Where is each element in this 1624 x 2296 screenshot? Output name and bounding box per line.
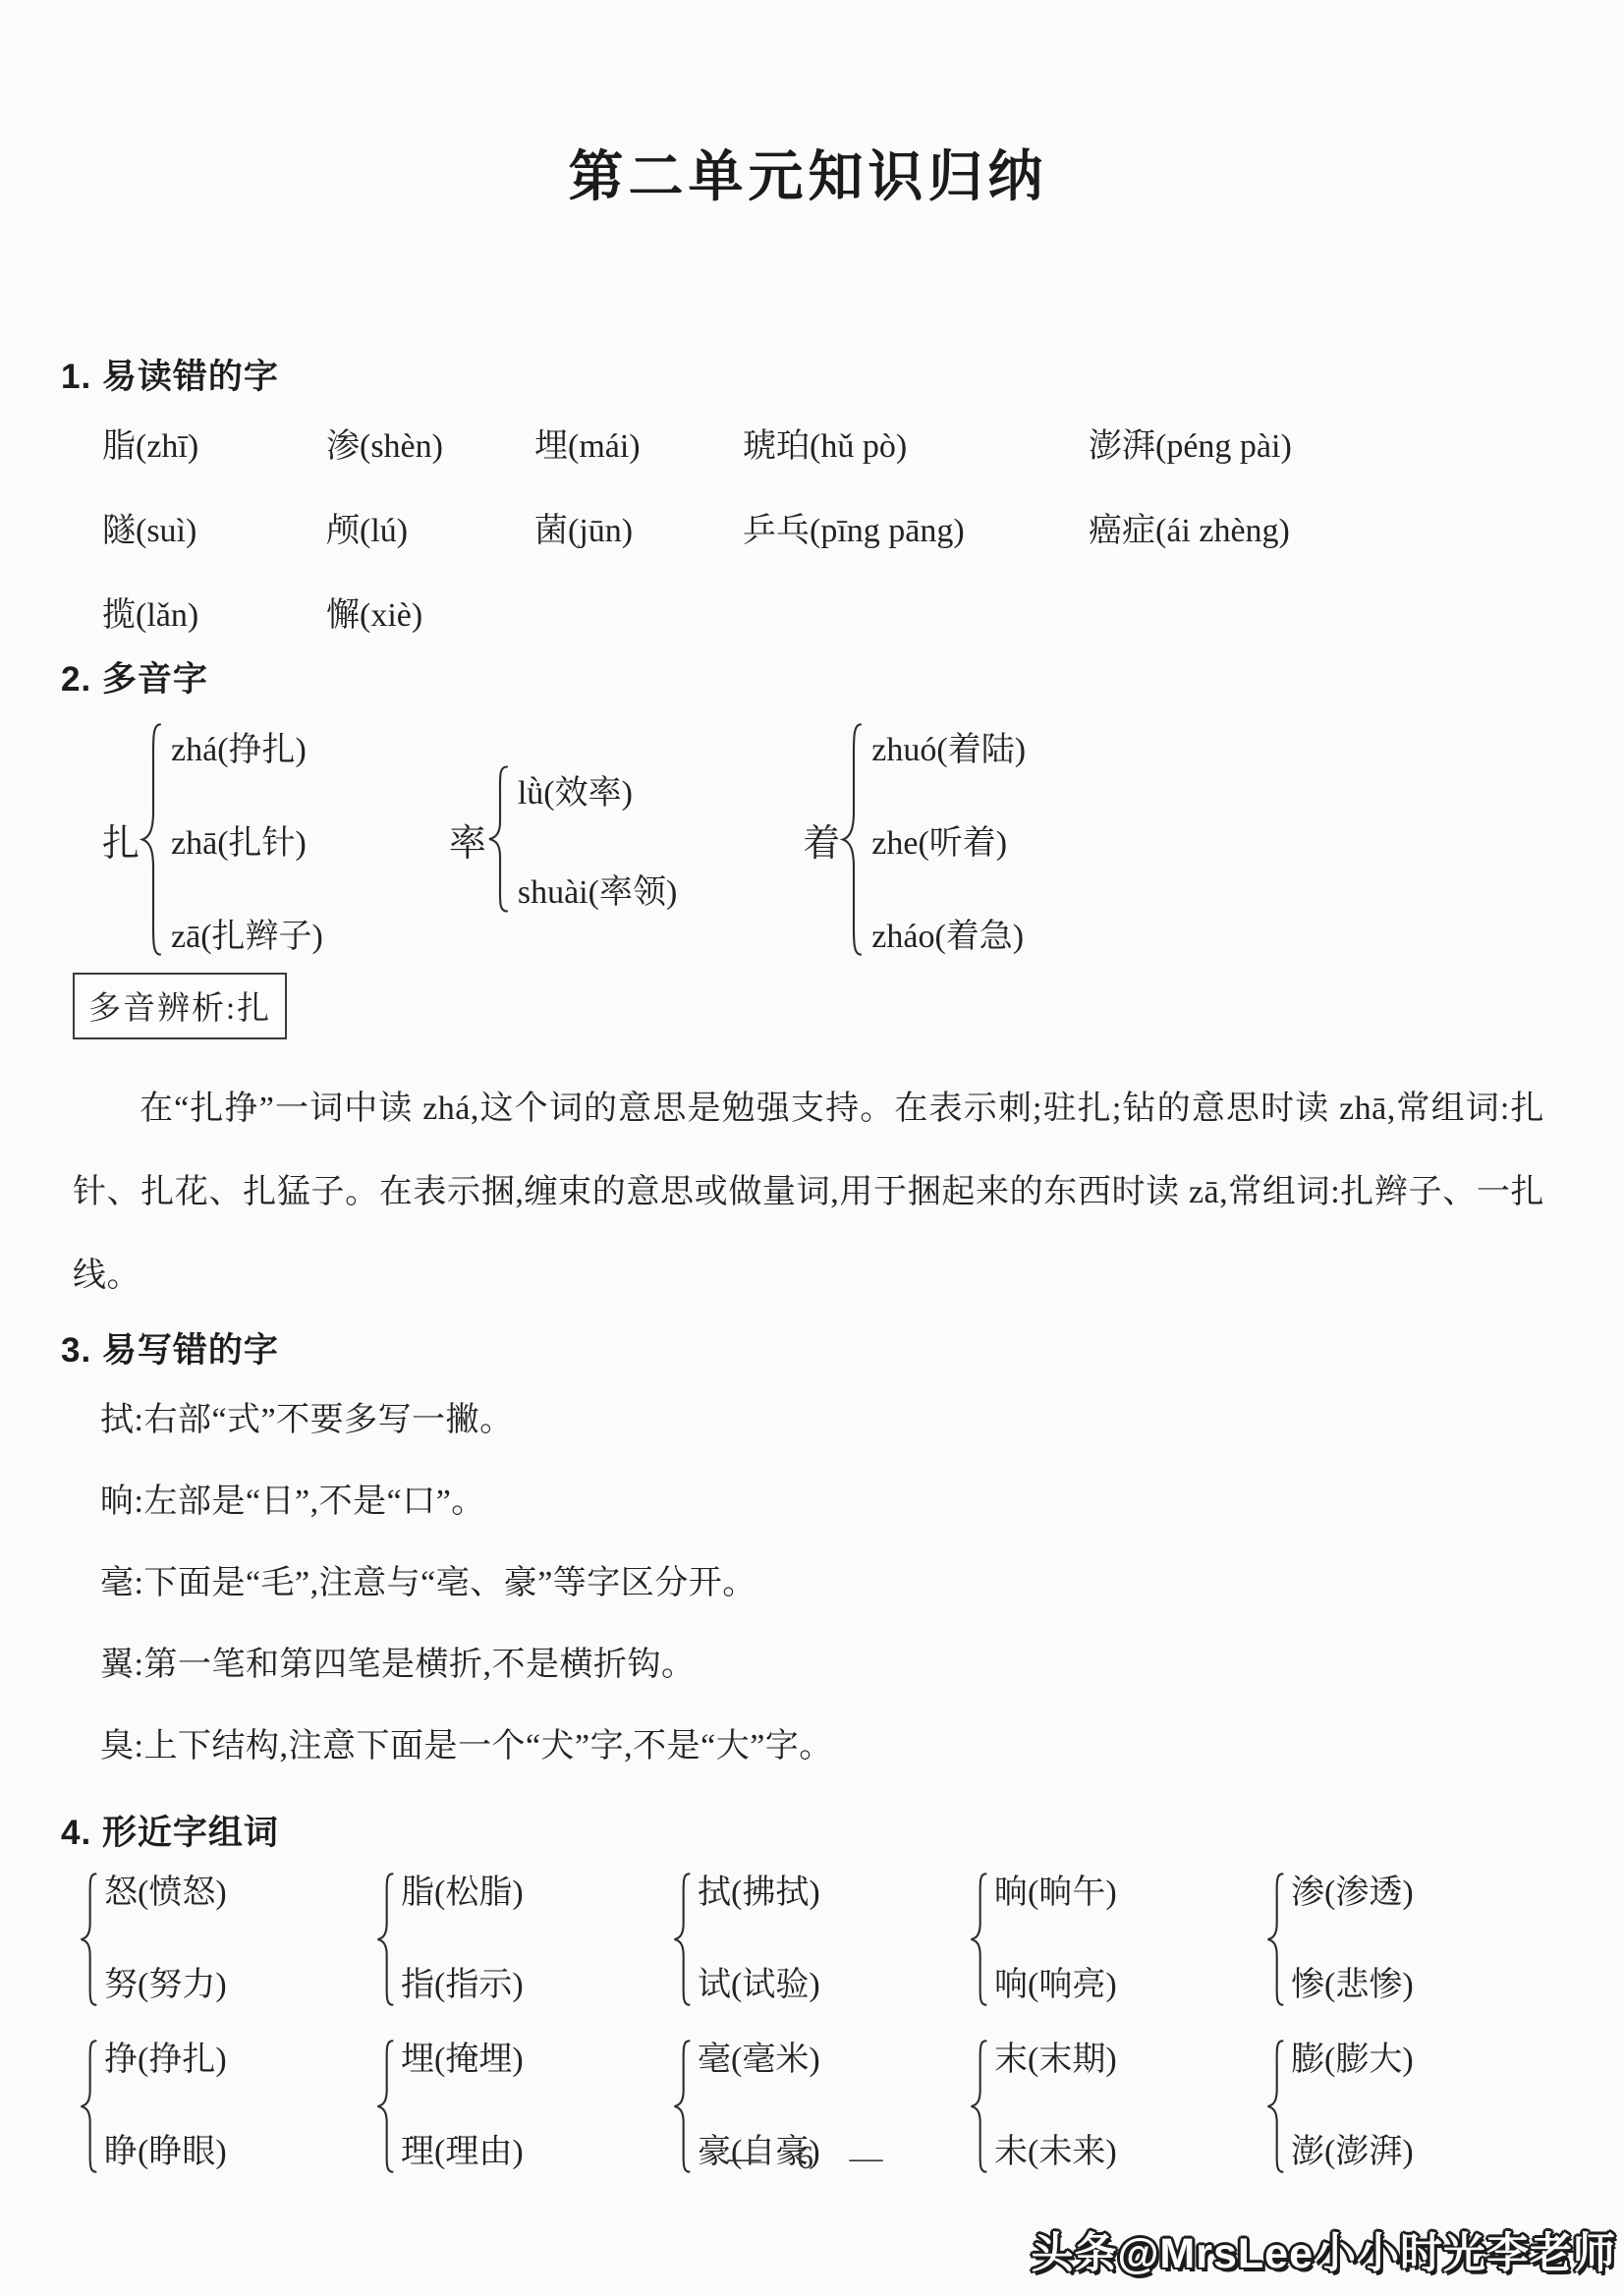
misread-item: 懈(xiè) <box>326 593 534 639</box>
left-brace <box>375 1873 395 2006</box>
document-page: 第二单元知识归纳 1. 易读错的字 脂(zhī) 渗(shèn) 埋(mái) … <box>0 0 1624 2296</box>
pair-word: 努(努力) <box>104 1965 227 2006</box>
lookalike-pair: 渗(渗透) 惨(悲惨) <box>1265 1873 1562 2006</box>
lookalike-pair: 怒(愤怒) 努(努力) <box>79 1873 375 2006</box>
pair-word: 指(指示) <box>401 1965 524 2006</box>
analysis-box-label: 多音辨析:扎 <box>73 973 287 1039</box>
polyphonic-groups: 扎 zhá(挣扎) zhā(扎针) zā(扎辫子) 率 lǜ(效率) shuài… <box>102 727 1555 951</box>
lookalike-pairs-grid: 怒(愤怒) 努(努力) 脂(松脂) 指(指示) 拭(拂拭) 试(试验) 晌(晌午… <box>79 1873 1562 2173</box>
page-number: — 6 — <box>0 2140 1624 2177</box>
pair-word: 毫(毫米) <box>698 2040 820 2081</box>
misread-item: 癌症(ái zhèng) <box>1089 509 1555 554</box>
miswritten-tips-list: 拭:右部“式”不要多写一撇。 晌:左部是“日”,不是“口”。 毫:下面是“毛”,… <box>100 1396 1555 1804</box>
poly-reading: shuài(率领) <box>518 865 677 913</box>
pair-word: 埋(掩埋) <box>401 2040 524 2081</box>
poly-base-char: 着 <box>803 812 840 867</box>
section-heading-polyphonic: 2. 多音字 <box>61 652 1555 701</box>
poly-reading: zhe(听着) <box>871 815 1026 864</box>
miswritten-tip: 拭:右部“式”不要多写一撇。 <box>100 1396 1555 1478</box>
poly-reading: zhuó(着陆) <box>871 722 1026 770</box>
misread-item: 脂(zhī) <box>102 424 326 470</box>
left-brace <box>140 722 163 957</box>
poly-base-char: 扎 <box>102 812 140 867</box>
left-brace <box>672 1873 692 2006</box>
misread-characters-list: 脂(zhī) 渗(shèn) 埋(mái) 琥珀(hǔ pò) 澎湃(péng … <box>102 424 1555 639</box>
lookalike-pair: 晌(晌午) 响(响亮) <box>969 1873 1265 2006</box>
poly-readings: lǜ(效率) shuài(率领) <box>510 765 677 913</box>
pair-word: 末(末期) <box>994 2040 1117 2081</box>
pair-word: 晌(晌午) <box>994 1873 1117 1914</box>
miswritten-tip: 毫:下面是“毛”,注意与“亳、豪”等字区分开。 <box>100 1559 1555 1641</box>
lookalike-pair: 脂(松脂) 指(指示) <box>375 1873 672 2006</box>
left-brace <box>1265 1873 1285 2006</box>
poly-reading: zhá(挣扎) <box>171 722 323 770</box>
poly-group-lv: 率 lǜ(效率) shuài(率领) <box>449 765 677 913</box>
left-brace <box>486 765 510 913</box>
poly-group-zha: 扎 zhá(挣扎) zhā(扎针) zā(扎辫子) <box>102 722 323 957</box>
section-heading-lookalike: 4. 形近字组词 <box>61 1806 1555 1855</box>
poly-reading: zhā(扎针) <box>171 815 323 864</box>
pair-word: 试(试验) <box>698 1965 820 2006</box>
page-title: 第二单元知识归纳 <box>61 134 1555 212</box>
miswritten-tip: 晌:左部是“日”,不是“口”。 <box>100 1478 1555 1559</box>
left-brace <box>840 722 864 957</box>
pair-word: 响(响亮) <box>994 1965 1117 2006</box>
misread-item: 揽(lǎn) <box>102 593 326 639</box>
pair-word: 脂(松脂) <box>401 1873 524 1914</box>
watermark: 头条@MrsLee小小时光李老师 <box>1032 2220 1617 2280</box>
poly-reading: zā(扎辫子) <box>171 909 323 957</box>
misread-item: 乒乓(pīng pāng) <box>743 509 1089 554</box>
poly-reading: lǜ(效率) <box>518 765 677 813</box>
misread-item: 渗(shèn) <box>326 424 534 470</box>
section-heading-misread: 1. 易读错的字 <box>61 350 1555 399</box>
misread-item: 隧(suì) <box>102 509 326 554</box>
poly-readings: zhá(挣扎) zhā(扎针) zā(扎辫子) <box>163 722 323 957</box>
left-brace <box>79 1873 98 2006</box>
poly-base-char: 率 <box>449 812 486 867</box>
misread-item: 澎湃(péng pài) <box>1089 424 1555 470</box>
pair-word: 挣(挣扎) <box>104 2040 227 2081</box>
miswritten-tip: 臭:上下结构,注意下面是一个“犬”字,不是“大”字。 <box>100 1722 1555 1804</box>
poly-group-zhe: 着 zhuó(着陆) zhe(听着) zháo(着急) <box>803 722 1026 957</box>
left-brace <box>969 1873 988 2006</box>
lookalike-pair: 拭(拂拭) 试(试验) <box>672 1873 969 2006</box>
pair-word: 惨(悲惨) <box>1291 1965 1414 2006</box>
pair-word: 拭(拂拭) <box>698 1873 820 1914</box>
pair-word: 怒(愤怒) <box>104 1873 227 1914</box>
analysis-paragraph: 在“扎挣”一词中读 zhá,这个词的意思是勉强支持。在表示刺;驻扎;钻的意思时读… <box>73 1067 1544 1317</box>
pair-word: 渗(渗透) <box>1291 1873 1414 1914</box>
misread-item: 菌(jūn) <box>534 509 743 554</box>
poly-reading: zháo(着急) <box>871 909 1026 957</box>
poly-readings: zhuó(着陆) zhe(听着) zháo(着急) <box>864 722 1026 957</box>
misread-item: 埋(mái) <box>534 424 743 470</box>
misread-item: 琥珀(hǔ pò) <box>743 424 1089 470</box>
pair-word: 膨(膨大) <box>1291 2040 1414 2081</box>
section-heading-miswritten: 3. 易写错的字 <box>61 1323 1555 1372</box>
miswritten-tip: 翼:第一笔和第四笔是横折,不是横折钩。 <box>100 1641 1555 1722</box>
misread-item: 颅(lú) <box>326 509 534 554</box>
